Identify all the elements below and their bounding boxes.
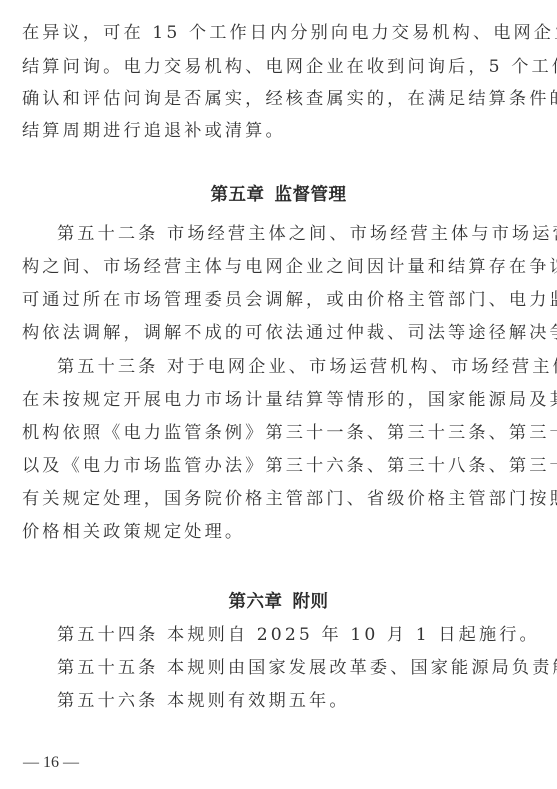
article-text: 本规则由国家发展改革委、国家能源局负责解释。 — [167, 658, 557, 678]
article-line: 构之间、市场经营主体与电网企业之间因计量和结算存在争议时， — [22, 256, 516, 278]
article-line: 机构依照《电力监管条例》第三十一条、第三十三条、第三十四条 — [22, 422, 516, 444]
article-label: 第五十四条 — [57, 625, 158, 645]
chapter-title: 附则 — [293, 592, 329, 612]
article-label: 第五十六条 — [57, 691, 158, 711]
paragraph-line: 结算周期进行追退补或清算。 — [22, 120, 516, 142]
article-label: 第五十五条 — [57, 658, 158, 678]
page-number: — 16 — — [23, 754, 79, 772]
article-first-line: 第五十二条 市场经营主体之间、市场经营主体与市场运营机 — [57, 223, 516, 245]
article-line: 构依法调解，调解不成的可依法通过仲裁、司法等途径解决争议。 — [22, 322, 516, 344]
chapter-heading: 第五章监督管理 — [0, 184, 557, 206]
article-label: 第五十三条 — [57, 357, 158, 377]
article-text: 对于电网企业、市场运营机构、市场经营主体存 — [167, 357, 557, 377]
document-page: 在异议，可在 15 个工作日内分别向电力交易机构、电网企业提出 结算问询。电力交… — [0, 0, 557, 789]
article-label: 第五十二条 — [57, 224, 158, 244]
paragraph-line: 在异议，可在 15 个工作日内分别向电力交易机构、电网企业提出 — [22, 22, 516, 44]
article-text: 市场经营主体之间、市场经营主体与市场运营机 — [167, 224, 557, 244]
article-line: 价格相关政策规定处理。 — [22, 521, 516, 543]
chapter-number: 第六章 — [229, 592, 283, 612]
chapter-heading: 第六章附则 — [0, 591, 557, 613]
article-line: 第五十五条 本规则由国家发展改革委、国家能源局负责解释。 — [57, 657, 557, 679]
article-line: 以及《电力市场监管办法》第三十六条、第三十八条、第三十九条 — [22, 455, 516, 477]
article-line: 第五十六条 本规则有效期五年。 — [57, 690, 350, 712]
article-text: 本规则有效期五年。 — [167, 691, 350, 711]
article-first-line: 第五十三条 对于电网企业、市场运营机构、市场经营主体存 — [57, 356, 516, 378]
article-line: 有关规定处理，国务院价格主管部门、省级价格主管部门按照结算 — [22, 488, 516, 510]
article-text: 本规则自 2025 年 10 月 1 日起施行。 — [167, 625, 540, 645]
paragraph-line: 结算问询。电力交易机构、电网企业在收到问询后，5 个工作日内 — [22, 56, 516, 78]
paragraph-line: 确认和评估问询是否属实，经核查属实的，在满足结算条件的下一 — [22, 88, 516, 110]
article-line: 可通过所在市场管理委员会调解，或由价格主管部门、电力监管机 — [22, 289, 516, 311]
article-line: 第五十四条 本规则自 2025 年 10 月 1 日起施行。 — [57, 624, 540, 646]
article-line: 在未按规定开展电力市场计量结算等情形的，国家能源局及其派出 — [22, 389, 516, 411]
chapter-number: 第五章 — [211, 185, 265, 205]
chapter-title: 监督管理 — [275, 185, 347, 205]
